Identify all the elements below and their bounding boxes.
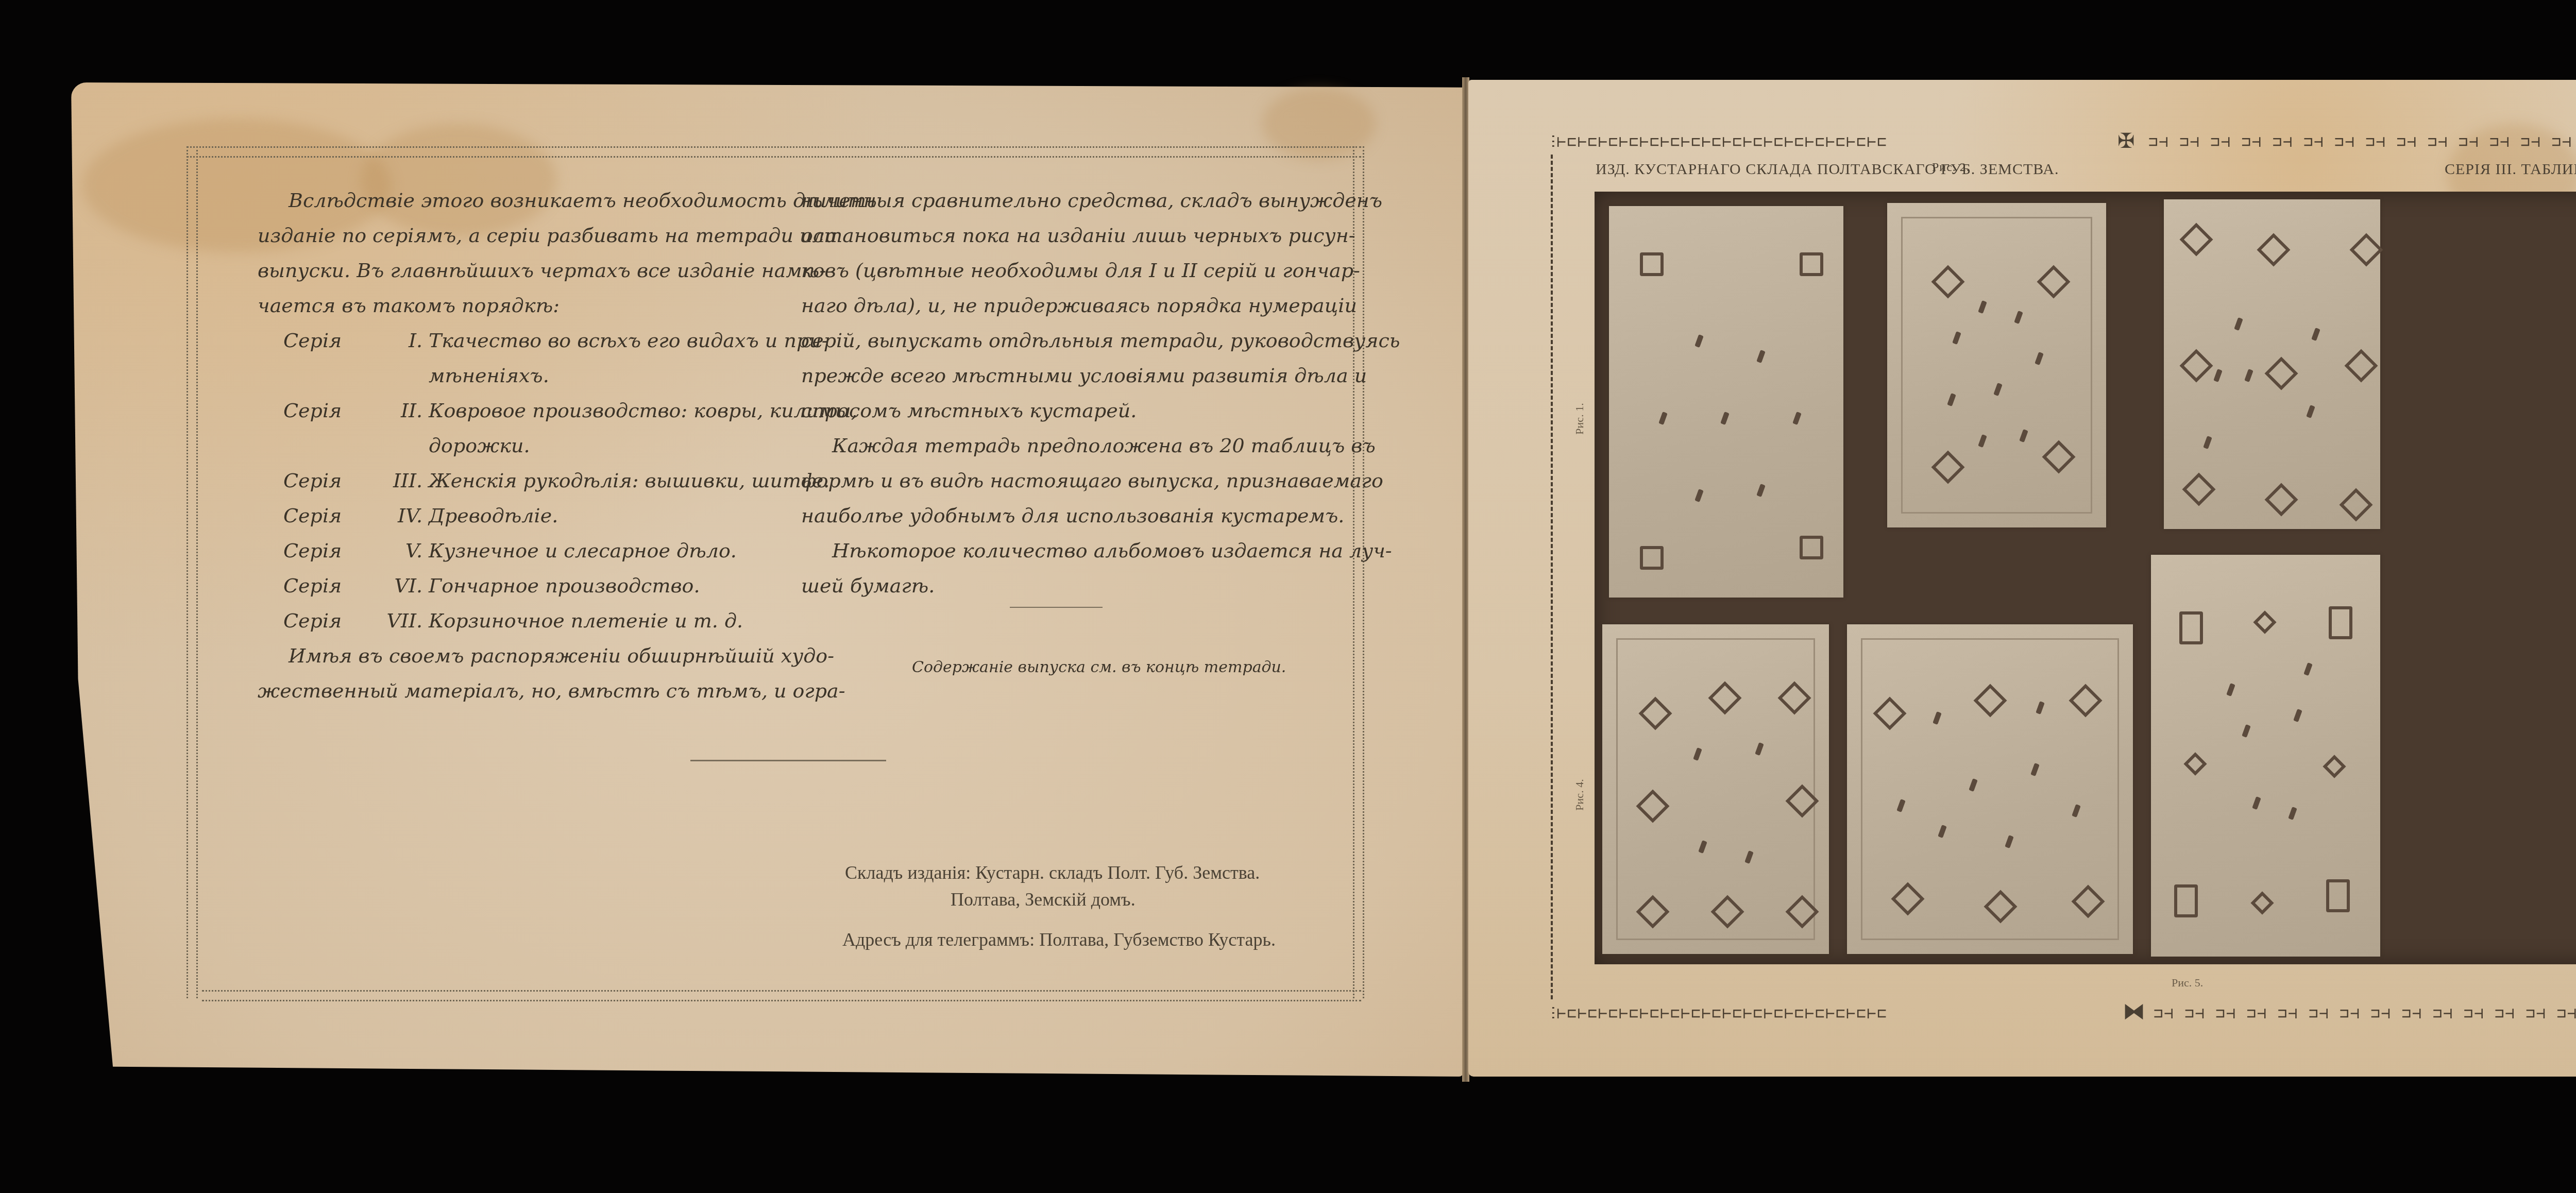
paragraph-line: ковъ (цвѣтные необходимы для I и II сері… [801, 253, 1400, 288]
publisher-header: ИЗД. КУСТАРНАГО СКЛАДА ПОЛТАВСКАГО ГУБ. … [1596, 161, 2059, 178]
ornament-divider-small [1010, 607, 1103, 610]
ornamental-border-bottom [202, 990, 1361, 1001]
embroidery-border-top-left: ⵗ⊢⊏⊢⊏⊢⊏⊢⊏⊢⊏⊢⊏⊢⊏⊢⊏⊢⊏⊢⊏⊢⊏⊢⊏⊢⊏⊢⊏⊢⊏⊢⊏ [1551, 133, 2143, 151]
embroidery-motif [2326, 879, 2350, 912]
embroidery-motif [2179, 223, 2213, 256]
embroidery-border-bottom-right: ⊐⊣ ⊐⊣ ⊐⊣ ⊐⊣ ⊐⊣ ⊐⊣ ⊐⊣ ⊐⊣ ⊐⊣ ⊐⊣ ⊐⊣ ⊐⊣ ⊐⊣ ⊐… [2154, 1004, 2576, 1022]
kerchief-figure-1 [1609, 206, 1843, 598]
embroidery-motif [1800, 536, 1823, 559]
series-item-1: СеріяI.Ткачество во всѣхъ его видахъ и п… [258, 323, 877, 358]
embroidery-motif [2253, 610, 2276, 634]
embroidery-motif [1636, 789, 1669, 823]
series-item-1-cont: мѣненіяхъ. [258, 358, 877, 393]
embroidery-motif [1800, 252, 1823, 276]
embroidery-motif [1873, 696, 1906, 730]
figure-label-1: Рис. 1. [1573, 403, 1586, 434]
embroidery-motif [1891, 882, 1924, 915]
series-item-7: СеріяVII.Корзиночное плетеніе и т. д. [258, 603, 877, 638]
paragraph-line: ниченныя сравнительно средства, складъ в… [801, 183, 1400, 218]
embroidery-motif [1785, 895, 1819, 928]
series-item-4: СеріяIV.Древодѣліе. [258, 498, 877, 533]
ornament-divider [690, 760, 886, 763]
border-bottom-center-motif-icon: ⧓ [2123, 998, 2146, 1025]
paragraph-line: серій, выпускать отдѣльныя тетради, руко… [801, 323, 1400, 358]
contents-note: Содержаніе выпуска см. въ концѣ тетради. [912, 650, 1286, 685]
series-item-6: СеріяVI.Гончарное производство. [258, 568, 877, 603]
paragraph-line: выпуски. Въ главнѣйшихъ чертахъ все изда… [258, 253, 877, 288]
embroidery-motif [1785, 784, 1819, 817]
embroidery-motif [2344, 349, 2378, 382]
embroidery-motif [2349, 233, 2383, 266]
paragraph-line: Нѣкоторое количество альбомовъ издается … [801, 533, 1400, 568]
plate-title: СЕРІЯ III. ТАБЛИЦА I. ХУСТКИ. [2445, 161, 2576, 178]
paragraph-line: формѣ и въ видѣ настоящаго выпуска, приз… [801, 463, 1400, 498]
embroidery-motif [2329, 606, 2352, 639]
paragraph-line: жественный матеріалъ, но, вмѣстѣ съ тѣмъ… [258, 673, 877, 708]
paragraph-line: наиболѣе удобнымъ для использованія куст… [801, 498, 1400, 533]
embroidery-motif [1708, 681, 1741, 714]
text-column-2: ниченныя сравнительно средства, складъ в… [801, 183, 1400, 603]
kerchief-figure-5 [1847, 624, 2133, 954]
embroidery-motif [2069, 684, 2102, 717]
kerchief-figure-3 [2164, 199, 2380, 529]
kerchief-figure-2 [1887, 203, 2106, 527]
embroidery-border-bottom-left: ⵗ⊢⊏⊢⊏⊢⊏⊢⊏⊢⊏⊢⊏⊢⊏⊢⊏⊢⊏⊢⊏⊢⊏⊢⊏⊢⊏⊢⊏⊢⊏⊢⊏ [1551, 1004, 2117, 1022]
embroidery-motif [2183, 752, 2207, 775]
paragraph-line: чается въ такомъ порядкѣ: [258, 288, 877, 323]
embroidery-motif [2323, 755, 2346, 778]
paragraph-line: остановиться пока на изданіи лишь черных… [801, 218, 1400, 253]
imprint-line-3: Адресъ для телеграммъ: Полтава, Губземст… [842, 922, 1276, 957]
paragraph-line: шей бумагѣ. [801, 568, 1400, 603]
figure-label-5: Рис. 5. [2172, 976, 2203, 990]
embroidery-motif [1973, 684, 2007, 717]
embroidery-motif [2042, 440, 2075, 473]
embroidery-border-top-right: ⊐⊣ ⊐⊣ ⊐⊣ ⊐⊣ ⊐⊣ ⊐⊣ ⊐⊣ ⊐⊣ ⊐⊣ ⊐⊣ ⊐⊣ ⊐⊣ ⊐⊣ ⊐… [2148, 133, 2576, 151]
embroidery-motif [1640, 252, 1664, 276]
paragraph-line: изданіе по серіямъ, а серіи разбивать на… [258, 218, 877, 253]
kerchief-figure-6 [2151, 555, 2380, 957]
series-item-2: СеріяII.Ковровое производство: ковры, ки… [258, 393, 877, 428]
embroidery-motif [1638, 696, 1672, 730]
border-center-motif-icon: ✠ [2117, 129, 2136, 153]
ornamental-border-top [187, 146, 1361, 158]
embroidery-motif [2264, 483, 2298, 516]
text-column-1: Вслѣдствіе этого возникаетъ необходимост… [258, 183, 877, 708]
embroidery-motif [1636, 895, 1669, 928]
paragraph-line: Имѣя въ своемъ распоряженіи обширнѣйшій … [258, 638, 877, 673]
embroidery-motif [2037, 265, 2070, 298]
embroidery-motif [1640, 546, 1664, 570]
embroidery-motif [2179, 349, 2213, 382]
figure-label-4: Рис. 4. [1573, 779, 1586, 810]
kerchief-figure-4 [1602, 624, 1829, 954]
embroidery-motif [2174, 884, 2198, 917]
paragraph-line: Каждая тетрадь предположена въ 20 таблиц… [801, 428, 1400, 463]
embroidery-motif [1984, 890, 2017, 923]
embroidery-motif [2071, 884, 2105, 918]
embroidery-motif [2339, 488, 2372, 521]
imprint-line-2: Полтава, Земскій домъ. [951, 882, 1136, 917]
ornamental-border-left [187, 146, 198, 998]
embroidery-motif [2179, 611, 2203, 644]
embroidery-motif [1931, 265, 1964, 298]
paragraph-line: спросомъ мѣстныхъ кустарей. [801, 393, 1400, 428]
embroidery-motif [2250, 891, 2274, 914]
embroidery-motif [2257, 233, 2290, 266]
embroidery-motif [1777, 681, 1811, 714]
embroidery-motif [1931, 450, 1964, 484]
paragraph-line: прежде всего мѣстными условіями развитія… [801, 358, 1400, 393]
embroidery-motif [2182, 472, 2215, 506]
series-item-2-cont: дорожки. [258, 428, 877, 463]
plate-photograph [1595, 192, 2576, 964]
paragraph-line: Вслѣдствіе этого возникаетъ необходимост… [258, 183, 877, 218]
paragraph-line: наго дѣла), и, не придерживаясь порядка … [801, 288, 1400, 323]
figure-label-2: Рис. 2. [1932, 161, 1970, 175]
embroidery-motif [2264, 356, 2298, 390]
series-item-5: СеріяV.Кузнечное и слесарное дѣло. [258, 533, 877, 568]
series-item-3: СеріяIII.Женскія рукодѣлія: вышивки, шит… [258, 463, 877, 498]
embroidery-motif [1710, 895, 1744, 928]
embroidery-border-left [1551, 155, 1561, 999]
